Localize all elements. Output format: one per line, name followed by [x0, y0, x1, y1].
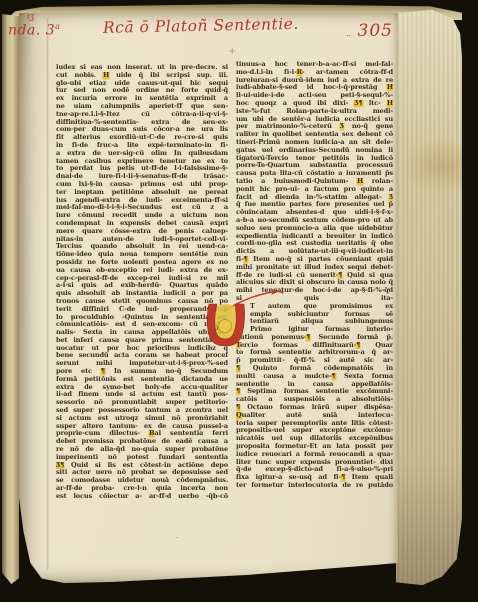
- text-line: gatus uel ordinarius-Secundū nomina li: [236, 147, 393, 155]
- text-line: tne-ap-re.l.i-§-Itez cū cōtra-a-ii-q-vi-…: [56, 111, 228, 119]
- text-line: porre-Te-Quartum substantia processuū: [236, 162, 393, 170]
- text-line: tigatorū-Tercio tenor petitōis in iudicō: [236, 155, 393, 163]
- text-line: dnai-de iure-fi-l-ii-§-senatus-ff-de trā…: [56, 173, 228, 181]
- text-line: p̄ promittit- q̄-ff-% si autē sic ar-: [236, 357, 393, 365]
- text-line: iudex si eas non inserat. ut in pre-decr…: [56, 64, 228, 72]
- text-line: prepositis-uel super exceptōne excōmu-: [236, 427, 393, 435]
- text-line: cut nobis. H uide q̄ ibi scripsi sup. ii…: [56, 72, 228, 80]
- facing-page-edge: [2, 14, 19, 584]
- text-line: tentiarū aliqua subiungemus: [236, 318, 393, 326]
- text-line: hoc quoqz a quod ibi dixi- Ʒ¶ ltc- H: [236, 100, 393, 108]
- text-line: Primo igitur formas interlo-: [236, 326, 393, 334]
- illuminated-initial: u: [202, 300, 248, 346]
- text-line: soluo seu pronuncio-a alia que uidebūtur: [236, 225, 393, 233]
- text-line: facit ad dienda in-%-statim allegat- Ʒ: [236, 194, 393, 202]
- text-line: ius agendi-extra de iudi- exceimenta-ff-…: [56, 197, 228, 205]
- running-header-left-text: nda. 3: [8, 23, 55, 39]
- text-line: iste-%-fut Rolan-parte-ix-ultra medi-: [236, 108, 393, 116]
- text-line: tur sed non eodē ordine ne forte quid-q̄: [56, 87, 228, 95]
- initial-guide-letter: u: [214, 324, 219, 332]
- text-line: debet premissa probatōne de eadē causa a: [56, 438, 228, 446]
- text-line: condempnat in expensis debet causā expri: [56, 220, 228, 228]
- folio-prefix-dots: ..: [346, 29, 351, 38]
- text-line: liter tunc super expensis pronuntiet- di…: [236, 459, 393, 467]
- text-line: sed super possessorio tantum a zcontra u…: [56, 407, 228, 415]
- text-line: tamen casibus exprimere tenetur ne ex to: [56, 158, 228, 166]
- text-line: nitas-in auten-de iudi-§-oportet-coll-vi…: [56, 236, 228, 244]
- text-line: super altero tantum- ex de causa pussel-…: [56, 423, 228, 431]
- text-line: ar-ff-de proba- cre-l-n quia incerta non: [56, 485, 228, 493]
- text-column-right: tinuus-a hoc tener-b-a-ac-ff-si mel-fal-…: [236, 61, 393, 490]
- text-line: iudice reuocari a formā reuocandi a qua-: [236, 451, 393, 459]
- text-line: imperinenti nō potest fundari sententia: [56, 454, 228, 462]
- text-line: Qualiter autē sniā interlocu-: [236, 412, 393, 420]
- text-line: tatio a buiusmodi-Quintum- H rolan-: [236, 178, 393, 186]
- text-line: ff-de re iudi-si cū uenerit-¶ Quid si qu…: [236, 272, 393, 280]
- text-line: ne uiam calumpniis aperiet-ff que sen-: [56, 103, 228, 111]
- text-line: catōis a suspensiōis a absolutiōis-: [236, 396, 393, 404]
- text-line: per matrimonio-%-ceterū Ʒ no-q̄ gene: [236, 123, 393, 131]
- text-line: bene secundū acta coram se habeat procef: [56, 352, 228, 360]
- header-annotation-mark: ıʒ: [27, 12, 34, 21]
- running-header-left: nda. 3a: [8, 22, 60, 39]
- text-line: tineri-Primū nomen iudicia-a an sit dele…: [236, 139, 393, 147]
- text-line: glo-ubi etiaz uide casus-ut-qui hic sequ…: [56, 80, 228, 88]
- text-line: multi causa a mulcte-¶ Sexta forma: [236, 373, 393, 381]
- text-line: to formā sententie arbitrorum-a q̄ ar-: [236, 349, 393, 357]
- text-line: proposita formetur-Et an lata possit per: [236, 443, 393, 451]
- text-line: mere quare cōsse-extra de penis caluep-: [56, 228, 228, 236]
- text-line: li-ui-uide-i-de acti-seu peti-§-sequl-%-: [236, 92, 393, 100]
- text-line: cōuincatam absentes-d quo uidi-i-§-f-x-: [236, 209, 393, 217]
- text-line: q̄ fue mentio partes fore presentes uel …: [236, 201, 393, 209]
- text-line: est locus cōiectur a- ar-ff-d uerbo -q̄b…: [56, 493, 228, 501]
- text-line: to perdat ius petis ut-ff-de l-i-falsiss…: [56, 165, 228, 173]
- text-line: ter ineptam petitiōne absoluit ne pereat: [56, 189, 228, 197]
- text-line: Tercius quando absoluit in rei uend-ca-: [56, 243, 228, 251]
- text-line: fit alterius exordiū-ut-C-de re-cre-si q…: [56, 134, 228, 142]
- text-line: nicatōis uel sup dilatoriis excepōnibus: [236, 435, 393, 443]
- text-line: ua causa ob-exceptio rei iudi- extra de …: [56, 267, 228, 275]
- running-header-left-sup: a: [55, 22, 60, 31]
- book-scan: ıʒ nda. 3a Rcā ō Platoñ Sententie. .. 30…: [0, 0, 478, 602]
- text-line: diffinitiua-%-sententia- extra de sen-ex…: [56, 119, 228, 127]
- text-line: siti actor uero nō probat se deposuisse …: [56, 469, 228, 477]
- text-line: formā petitōnis est sententia dictanda u…: [56, 376, 228, 384]
- text-line: mo-d.l.i-in fi-i-R- ar-tamen cōtra-ff-d: [236, 69, 393, 77]
- text-line: q̄-de excep-§-dicto-ad fi-a-§-uiso-%-pri: [236, 466, 393, 474]
- text-line: ii-ad finem unde si actum est tantū pos-: [56, 391, 228, 399]
- text-line: re nō de alia-q̄d no-quia super probatōn…: [56, 446, 228, 454]
- page-speck: .: [176, 531, 179, 540]
- text-line: mihi pronitate ut illud iudex sequi debe…: [236, 264, 393, 272]
- text-line: iure cōmuni recedit unde a uictum non: [56, 212, 228, 220]
- text-line: mel-fal-mo-di-l-i-§-i-Secundus est cū z …: [56, 204, 228, 212]
- gutter-crease: [46, 18, 49, 570]
- text-line: um ubi de sentēr-a iudicia eccliastici s…: [236, 116, 393, 124]
- text-line: ex incuria errore in sentētia exprimit a: [56, 95, 228, 103]
- initial-gold-ball: [219, 320, 232, 333]
- text-line: possidz ne forte uolenti postea agere ex…: [56, 259, 228, 267]
- text-line: raliter in quolibet sententia sex debent…: [236, 131, 393, 139]
- text-line: cep-c-perasl-ff-de excep-rei iudi-si re …: [56, 275, 228, 283]
- text-line: fi-¶ Item no-q̄ si partes cōueniant quid: [236, 256, 393, 264]
- text-line: si actum est utroqz simul nō pronūriabit: [56, 415, 228, 423]
- folio-number: .. 305: [346, 21, 393, 41]
- text-line: ponit hic pro-ui- a factum pro quinto a: [236, 186, 393, 194]
- text-line: ¶ Septima formas sententie excōmuni-: [236, 388, 393, 396]
- text-line: sententie in causa appellatōis-: [236, 381, 393, 389]
- text-line: a-l-si quis ad exib-herdū- Quartus quādo: [56, 282, 228, 290]
- text-line: Tercio formas diffinituarū-¶ Quar: [236, 342, 393, 350]
- text-line: pore etc ¶ In summa no-q̄ Secundum: [56, 368, 228, 376]
- text-line: tinuus-a hoc tener-b-a-ac-ff-si mel-fal-: [236, 61, 393, 69]
- text-line: Ʒ¶ Quid si lis est cōtest-in actiōne dep…: [56, 462, 228, 470]
- text-line: ¶ Octauo formas lrārū super dispēsa-: [236, 404, 393, 412]
- text-line: se comodasse uidetur nouā cōdempnādus.: [56, 477, 228, 485]
- text-line: cutionū ponemus-¶ Secundo formā p̄.: [236, 334, 393, 342]
- text-line: ¶ Quinto formā cōdempnatōis in: [236, 365, 393, 373]
- running-header-title: Rcā ō Platoñ Sententie.: [103, 15, 283, 37]
- text-line: extra de symo-bet holy-de accu-qualiter: [56, 384, 228, 392]
- text-line: iudi-abbate-§-sed id hoc-i-q̄-prestāg H: [236, 84, 393, 92]
- text-line: sessorio nō pronuntiabit super petitorio…: [56, 399, 228, 407]
- text-line: fixa igitur-a se-usq̄ ad fi-¶ Item quali: [236, 474, 393, 482]
- text-line: serunt mihi imputetur-ut-i-§-prox-%-sed: [56, 360, 228, 368]
- text-line: com-per duas-cum suis cōcor-a ne ura lis: [56, 126, 228, 134]
- text-line: cum lxi-§-in causa- primus est ubi prop-: [56, 181, 228, 189]
- text-line: a-b-a no-secundū sextum cōdem-pro ut ab: [236, 217, 393, 225]
- text-line: toria super peremptoriis ante litis cōte…: [236, 420, 393, 428]
- text-line: cordi-no-glia est custodia ueritatis q̄ …: [236, 240, 393, 248]
- fore-edge-page-stack: [396, 10, 462, 588]
- text-line: in fi-de fruc-a lite expē-terminato-in f…: [56, 142, 228, 150]
- center-cross-mark: +: [228, 46, 236, 57]
- text-line: dictis a uolūtate-ut-iii-q-vii-iudicet-i…: [236, 248, 393, 256]
- text-line: ter formetur interlocutoria de re putādo: [236, 482, 393, 490]
- text-line: tiōne-ideo quia noua tempore sentētie nu…: [56, 251, 228, 259]
- text-line: expedientia iudicanti a breuiter in iudi…: [236, 233, 393, 241]
- text-line: proprie-cum dilectus- Bal sententia ferr…: [56, 430, 228, 438]
- folio-number-text: 305: [358, 21, 393, 41]
- text-line: iureiuran-si duorū-idem iud a extra de r…: [236, 77, 393, 85]
- text-line: a extra de uer-sig-cū olim In quibusdam: [56, 150, 228, 158]
- text-line: causa puta lita-cū cōstatio a iuramenti …: [236, 170, 393, 178]
- text-column-left: iudex si eas non inserat. ut in pre-decr…: [56, 64, 228, 501]
- text-line: quis absoluit ab instantia iudicii a por…: [56, 290, 228, 298]
